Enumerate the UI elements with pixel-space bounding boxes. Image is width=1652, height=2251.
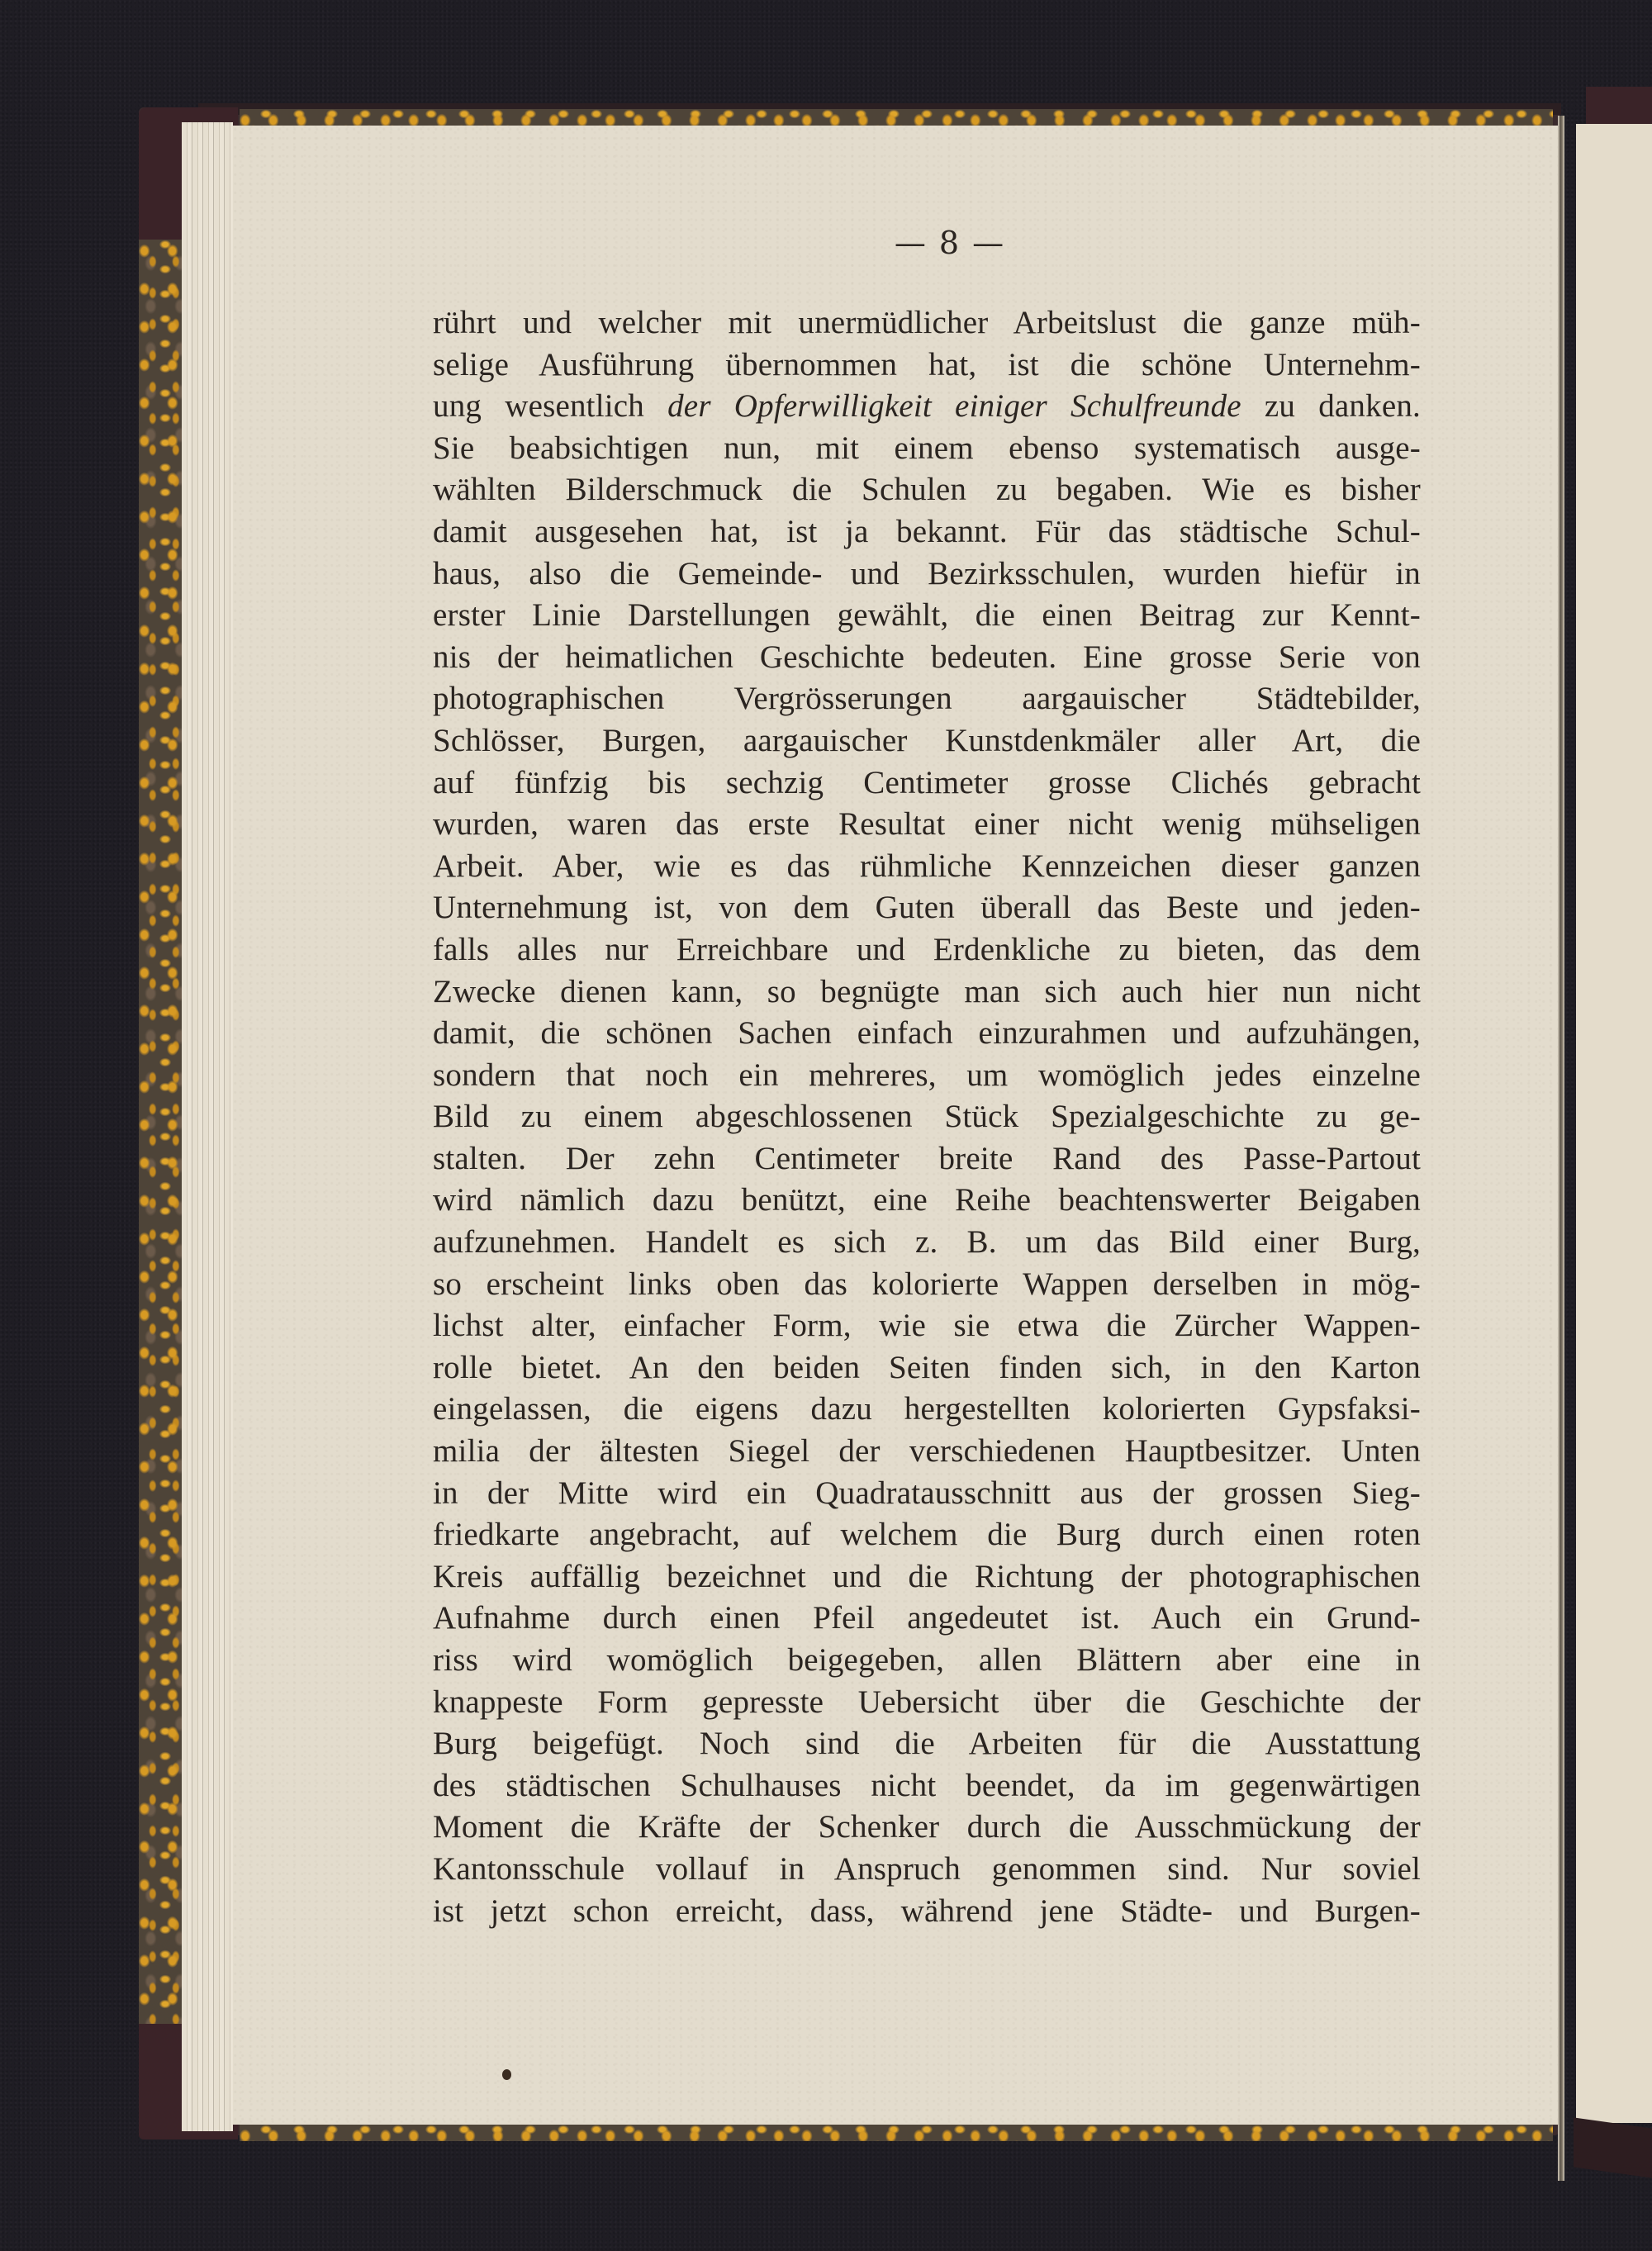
- text-span: sondern that noch ein mehreres, um womög…: [433, 1057, 1421, 1093]
- text-line: Aufnahme durch einen Pfeil angedeutet is…: [433, 1598, 1421, 1640]
- text-line: haus, also die Gemeinde- und Bezirksschu…: [433, 553, 1421, 596]
- text-line: damit ausgesehen hat, ist ja bekannt. Fü…: [433, 511, 1421, 553]
- page-number: — 8 —: [859, 225, 1041, 261]
- text-line: Unternehmung ist, von dem Guten überall …: [433, 887, 1421, 929]
- marbled-board-bottom: [240, 2125, 1553, 2141]
- text-line: erster Linie Darstellungen gewählt, die …: [433, 595, 1421, 637]
- page-edges: [182, 122, 233, 2131]
- text-span: photographischen Vergrösserungen aargaui…: [433, 681, 1421, 716]
- text-line: Kantonsschule vollauf in Anspruch genomm…: [433, 1849, 1421, 1891]
- text-line: Sie beabsichtigen nun, mit einem ebenso …: [433, 428, 1421, 470]
- text-span: ung wesentlich: [433, 388, 667, 424]
- text-line: eingelassen, die eigens dazu hergestellt…: [433, 1389, 1421, 1431]
- text-span: Sie beabsichtigen nun, mit einem ebenso …: [433, 430, 1421, 466]
- text-line: Zwecke dienen kann, so begnügte man sich…: [433, 971, 1421, 1014]
- text-span: wählten Bilderschmuck die Schulen zu beg…: [433, 472, 1421, 507]
- emphasis-text: der Opferwilligkeit einiger Schulfreunde: [667, 388, 1241, 424]
- text-line: so erscheint links oben das kolorierte W…: [433, 1264, 1421, 1306]
- text-span: wird nämlich dazu benützt, eine Reihe be…: [433, 1182, 1421, 1218]
- text-span: Arbeit. Aber, wie es das rühmliche Kennz…: [433, 848, 1421, 884]
- text-line: sondern that noch ein mehreres, um womög…: [433, 1055, 1421, 1097]
- text-line: Schlösser, Burgen, aargauischer Kunstden…: [433, 720, 1421, 762]
- text-line: in der Mitte wird ein Quadratausschnitt …: [433, 1473, 1421, 1515]
- text-span: selige Ausführung übernommen hat, ist di…: [433, 347, 1421, 382]
- text-line: Burg beigefügt. Noch sind die Arbeiten f…: [433, 1723, 1421, 1765]
- text-span: rührt und welcher mit unermüdlicher Arbe…: [433, 305, 1421, 340]
- text-line: ist jetzt schon erreicht, dass, während …: [433, 1891, 1421, 1933]
- text-span: Burg beigefügt. Noch sind die Arbeiten f…: [433, 1726, 1421, 1761]
- facing-page-edge: [1576, 124, 1652, 2123]
- text-line: milia der ältesten Siegel der verschiede…: [433, 1431, 1421, 1473]
- text-line: falls alles nur Erreichbare und Erdenkli…: [433, 929, 1421, 971]
- text-span: Kreis auffällig bezeichnet und die Richt…: [433, 1559, 1421, 1594]
- text-line: friedkarte angebracht, auf welchem die B…: [433, 1514, 1421, 1556]
- text-span: so erscheint links oben das kolorierte W…: [433, 1266, 1421, 1302]
- text-line: damit, die schönen Sachen einfach einzur…: [433, 1013, 1421, 1055]
- text-line: wurden, waren das erste Resultat einer n…: [433, 804, 1421, 846]
- text-line: Arbeit. Aber, wie es das rühmliche Kennz…: [433, 846, 1421, 888]
- text-span: knappeste Form gepresste Uebersicht über…: [433, 1684, 1421, 1720]
- text-span: milia der ältesten Siegel der verschiede…: [433, 1433, 1421, 1469]
- text-span: lichst alter, einfacher Form, wie sie et…: [433, 1308, 1421, 1343]
- text-line: rolle bietet. An den beiden Seiten finde…: [433, 1347, 1421, 1389]
- text-line: wählten Bilderschmuck die Schulen zu beg…: [433, 469, 1421, 511]
- text-span: Unternehmung ist, von dem Guten überall …: [433, 890, 1421, 925]
- text-line: stalten. Der zehn Centimeter breite Rand…: [433, 1138, 1421, 1180]
- text-line: auf fünfzig bis sechzig Centimeter gross…: [433, 762, 1421, 805]
- text-line: des städtischen Schulhauses nicht beende…: [433, 1765, 1421, 1807]
- text-span: Bild zu einem abgeschlossenen Stück Spez…: [433, 1099, 1421, 1134]
- text-span: Kantonsschule vollauf in Anspruch genomm…: [433, 1851, 1421, 1887]
- text-span: eingelassen, die eigens dazu hergestellt…: [433, 1391, 1421, 1427]
- text-span: Schlösser, Burgen, aargauischer Kunstden…: [433, 723, 1421, 758]
- text-line: ung wesentlich der Opferwilligkeit einig…: [433, 386, 1421, 428]
- text-span: in der Mitte wird ein Quadratausschnitt …: [433, 1475, 1421, 1511]
- text-span: rolle bietet. An den beiden Seiten finde…: [433, 1350, 1421, 1385]
- marbled-board-top: [240, 109, 1553, 127]
- text-line: selige Ausführung übernommen hat, ist di…: [433, 344, 1421, 387]
- text-span: zu danken.: [1241, 388, 1421, 424]
- text-span: stalten. Der zehn Centimeter breite Rand…: [433, 1141, 1421, 1176]
- text-line: photographischen Vergrösserungen aargaui…: [433, 678, 1421, 720]
- text-span: falls alles nur Erreichbare und Erdenkli…: [433, 932, 1421, 967]
- right-cover-top: [1586, 87, 1652, 124]
- text-line: riss wird womöglich beigegeben, allen Bl…: [433, 1640, 1421, 1682]
- text-span: Zwecke dienen kann, so begnügte man sich…: [433, 974, 1421, 1009]
- text-line: Moment die Kräfte der Schenker durch die…: [433, 1807, 1421, 1849]
- text-span: damit, die schönen Sachen einfach einzur…: [433, 1015, 1421, 1051]
- text-line: rührt und welcher mit unermüdlicher Arbe…: [433, 302, 1421, 344]
- text-line: aufzunehmen. Handelt es sich z. B. um da…: [433, 1222, 1421, 1264]
- text-span: ist jetzt schon erreicht, dass, während …: [433, 1893, 1421, 1929]
- text-span: Aufnahme durch einen Pfeil angedeutet is…: [433, 1600, 1421, 1636]
- text-span: damit ausgesehen hat, ist ja bekannt. Fü…: [433, 514, 1421, 549]
- text-line: Bild zu einem abgeschlossenen Stück Spez…: [433, 1096, 1421, 1138]
- text-span: riss wird womöglich beigegeben, allen Bl…: [433, 1642, 1421, 1678]
- ink-spot: [502, 2069, 511, 2080]
- text-line: knappeste Form gepresste Uebersicht über…: [433, 1682, 1421, 1724]
- text-line: lichst alter, einfacher Form, wie sie et…: [433, 1305, 1421, 1347]
- text-span: erster Linie Darstellungen gewählt, die …: [433, 597, 1421, 633]
- text-span: nis der heimatlichen Geschichte bedeuten…: [433, 639, 1421, 675]
- text-span: auf fünfzig bis sechzig Centimeter gross…: [433, 765, 1421, 800]
- right-cover-bottom: [1574, 2117, 1652, 2177]
- text-span: wurden, waren das erste Resultat einer n…: [433, 806, 1421, 842]
- text-span: friedkarte angebracht, auf welchem die B…: [433, 1517, 1421, 1552]
- text-span: des städtischen Schulhauses nicht beende…: [433, 1768, 1421, 1803]
- text-line: wird nämlich dazu benützt, eine Reihe be…: [433, 1180, 1421, 1222]
- page-gutter: [1558, 116, 1564, 2181]
- text-span: haus, also die Gemeinde- und Bezirksschu…: [433, 556, 1421, 591]
- text-span: aufzunehmen. Handelt es sich z. B. um da…: [433, 1224, 1421, 1260]
- text-line: Kreis auffällig bezeichnet und die Richt…: [433, 1556, 1421, 1598]
- text-line: nis der heimatlichen Geschichte bedeuten…: [433, 637, 1421, 679]
- text-span: Moment die Kräfte der Schenker durch die…: [433, 1809, 1421, 1845]
- body-text: rührt und welcher mit unermüdlicher Arbe…: [433, 302, 1421, 1932]
